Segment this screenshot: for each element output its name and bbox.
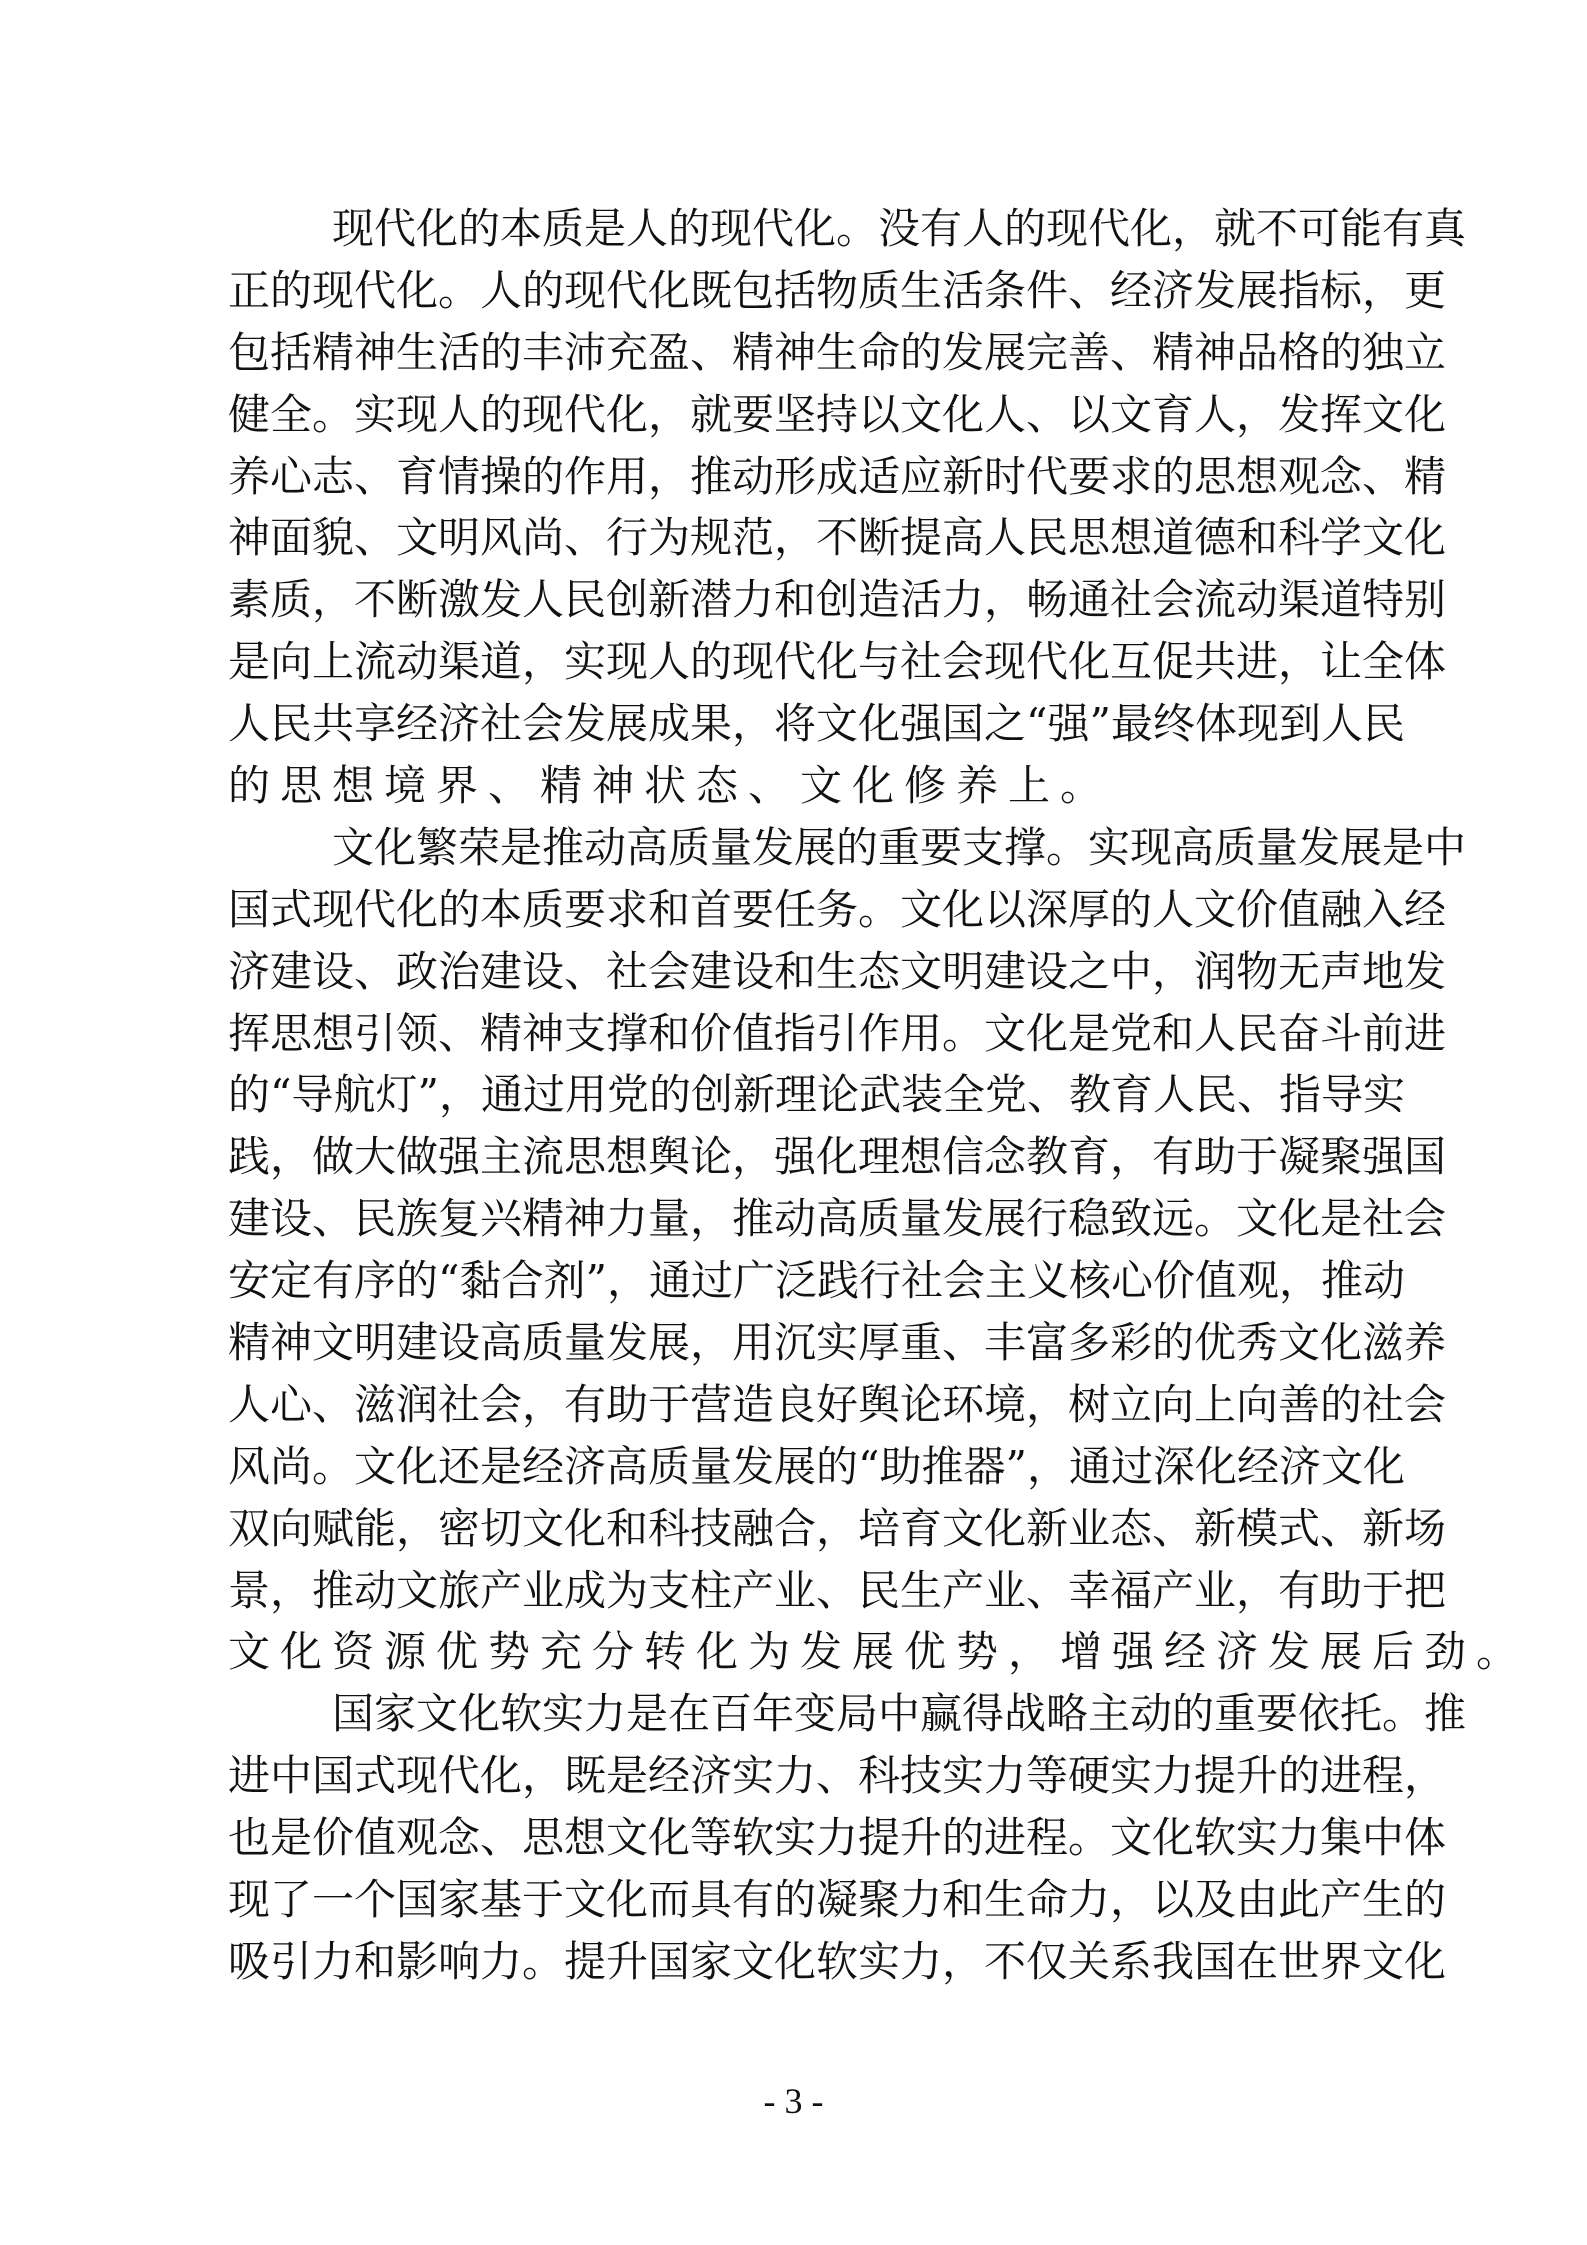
paragraph-3-line-2: 进中国式现代化，既是经济实力、科技实力等硬实力提升的进程， (228, 1745, 1378, 1807)
paragraph-1-line-10: 的思想境界、精神状态、文化修养上。 (228, 755, 1378, 817)
page-number: - 3 - (0, 2080, 1587, 2122)
document-page: 现代化的本质是人的现代化。没有人的现代化，就不可能有真 正的现代化。人的现代化既… (0, 0, 1587, 2245)
paragraph-1-line-1: 现代化的本质是人的现代化。没有人的现代化，就不可能有真 (228, 198, 1378, 260)
paragraph-1-line-4: 健全。实现人的现代化，就要坚持以文化人、以文育人，发挥文化 (228, 384, 1378, 446)
paragraph-2-line-14: 文化资源优势充分转化为发展优势，增强经济发展后劲。 (228, 1621, 1378, 1683)
paragraph-1-line-7: 素质，不断激发人民创新潜力和创造活力，畅通社会流动渠道特别 (228, 569, 1378, 631)
paragraph-2-line-11: 风尚。文化还是经济高质量发展的“助推器”，通过深化经济文化 (228, 1436, 1378, 1498)
paragraph-2-line-2: 国式现代化的本质要求和首要任务。文化以深厚的人文价值融入经 (228, 879, 1378, 941)
body-text: 现代化的本质是人的现代化。没有人的现代化，就不可能有真 正的现代化。人的现代化既… (228, 198, 1378, 1993)
paragraph-2-line-3: 济建设、政治建设、社会建设和生态文明建设之中，润物无声地发 (228, 941, 1378, 1003)
paragraph-2-line-4: 挥思想引领、精神支撑和价值指引作用。文化是党和人民奋斗前进 (228, 1003, 1378, 1065)
paragraph-1-line-5: 养心志、育情操的作用，推动形成适应新时代要求的思想观念、精 (228, 446, 1378, 508)
paragraph-1-line-2: 正的现代化。人的现代化既包括物质生活条件、经济发展指标，更 (228, 260, 1378, 322)
paragraph-3-line-5: 吸引力和影响力。提升国家文化软实力，不仅关系我国在世界文化 (228, 1931, 1378, 1993)
paragraph-2-line-12: 双向赋能，密切文化和科技融合，培育文化新业态、新模式、新场 (228, 1498, 1378, 1560)
paragraph-2-line-10: 人心、滋润社会，有助于营造良好舆论环境，树立向上向善的社会 (228, 1374, 1378, 1436)
paragraph-2-line-6: 践，做大做强主流思想舆论，强化理想信念教育，有助于凝聚强国 (228, 1126, 1378, 1188)
paragraph-2-line-5: 的“导航灯”，通过用党的创新理论武装全党、教育人民、指导实 (228, 1064, 1378, 1126)
paragraph-3-line-1: 国家文化软实力是在百年变局中赢得战略主动的重要依托。推 (228, 1683, 1378, 1745)
paragraph-1-line-9: 人民共享经济社会发展成果，将文化强国之“强”最终体现到人民 (228, 693, 1378, 755)
paragraph-2-line-7: 建设、民族复兴精神力量，推动高质量发展行稳致远。文化是社会 (228, 1188, 1378, 1250)
paragraph-3-line-4: 现了一个国家基于文化而具有的凝聚力和生命力，以及由此产生的 (228, 1869, 1378, 1931)
paragraph-1-line-8: 是向上流动渠道，实现人的现代化与社会现代化互促共进，让全体 (228, 631, 1378, 693)
paragraph-2-line-9: 精神文明建设高质量发展，用沉实厚重、丰富多彩的优秀文化滋养 (228, 1312, 1378, 1374)
paragraph-1-line-3: 包括精神生活的丰沛充盈、精神生命的发展完善、精神品格的独立 (228, 322, 1378, 384)
paragraph-2-line-1: 文化繁荣是推动高质量发展的重要支撑。实现高质量发展是中 (228, 817, 1378, 879)
paragraph-3-line-3: 也是价值观念、思想文化等软实力提升的进程。文化软实力集中体 (228, 1807, 1378, 1869)
paragraph-1-line-6: 神面貌、文明风尚、行为规范，不断提高人民思想道德和科学文化 (228, 507, 1378, 569)
paragraph-2-line-8: 安定有序的“黏合剂”，通过广泛践行社会主义核心价值观，推动 (228, 1250, 1378, 1312)
paragraph-2-line-13: 景，推动文旅产业成为支柱产业、民生产业、幸福产业，有助于把 (228, 1560, 1378, 1622)
